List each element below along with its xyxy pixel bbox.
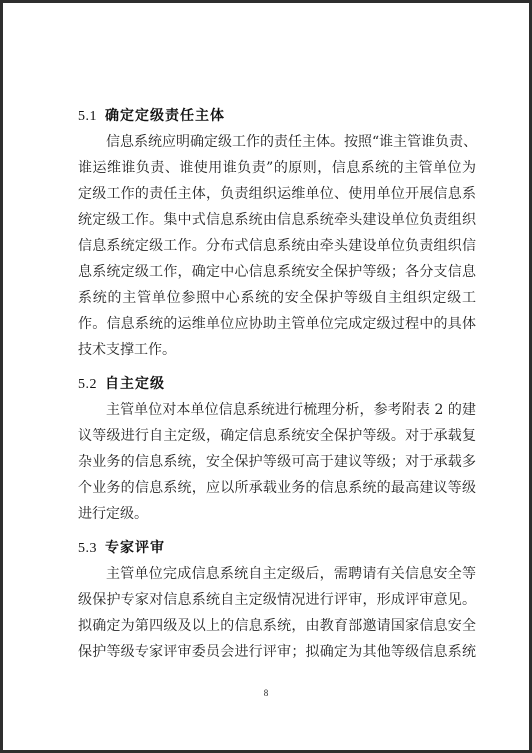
section-paragraph-5-1: 信息系统应明确定级工作的责任主体。按照“谁主管谁负责、 谁运维谁负责、谁使用谁负… — [78, 129, 476, 363]
section-title: 专家评审 — [105, 540, 165, 556]
section-gap — [78, 527, 476, 535]
paragraph-line: 作。信息系统的运维单位应协助主管单位完成定级过程中的具体 — [78, 311, 476, 337]
paragraph-line: 谁运维谁负责、谁使用谁负责”的原则，信息系统的主管单位为 — [78, 155, 476, 181]
paragraph-line: 主管单位对本单位信息系统进行梳理分析，参考附表 2 的建 — [78, 397, 476, 423]
page-content: 5.1确定定级责任主体 信息系统应明确定级工作的责任主体。按照“谁主管谁负责、 … — [78, 103, 476, 665]
paragraph-line: 系统的主管单位参照中心系统的安全保护等级自主组织定级工 — [78, 285, 476, 311]
section-gap — [78, 363, 476, 371]
paragraph-line: 拟确定为第四级及以上的信息系统，由教育部邀请国家信息安全 — [78, 613, 476, 639]
paragraph-line: 息系统定级工作，确定中心信息系统安全保护等级；各分支信息 — [78, 259, 476, 285]
paragraph-line: 保护等级专家评审委员会进行评审；拟确定为其他等级信息系统 — [78, 639, 476, 665]
paragraph-line: 杂业务的信息系统，安全保护等级可高于建议等级；对于承载多 — [78, 449, 476, 475]
section-number: 5.1 — [78, 109, 97, 124]
section-heading-5-3: 5.3专家评审 — [78, 535, 476, 561]
section-number: 5.3 — [78, 541, 97, 556]
paragraph-line: 个业务的信息系统，应以所承载业务的信息系统的最高建议等级 — [78, 475, 476, 501]
section-title: 自主定级 — [105, 376, 165, 392]
paragraph-line: 主管单位完成信息系统自主定级后，需聘请有关信息安全等 — [78, 561, 476, 587]
paragraph-line: 统定级工作。集中式信息系统由信息系统牵头建设单位负责组织 — [78, 207, 476, 233]
document-page: 5.1确定定级责任主体 信息系统应明确定级工作的责任主体。按照“谁主管谁负责、 … — [3, 3, 529, 750]
paragraph-line: 级保护专家对信息系统自主定级情况进行评审，形成评审意见。 — [78, 587, 476, 613]
paragraph-line: 技术支撑工作。 — [78, 337, 476, 363]
paragraph-line: 信息系统定级工作。分布式信息系统由牵头建设单位负责组织信 — [78, 233, 476, 259]
section-heading-5-2: 5.2自主定级 — [78, 371, 476, 397]
section-heading-5-1: 5.1确定定级责任主体 — [78, 103, 476, 129]
page-number: 8 — [3, 688, 529, 698]
paragraph-line: 定级工作的责任主体，负责组织运维单位、使用单位开展信息系 — [78, 181, 476, 207]
paragraph-line: 进行定级。 — [78, 501, 476, 527]
paragraph-line: 信息系统应明确定级工作的责任主体。按照“谁主管谁负责、 — [78, 129, 476, 155]
section-number: 5.2 — [78, 377, 97, 392]
section-paragraph-5-2: 主管单位对本单位信息系统进行梳理分析，参考附表 2 的建 议等级进行自主定级，确… — [78, 397, 476, 527]
section-paragraph-5-3: 主管单位完成信息系统自主定级后，需聘请有关信息安全等 级保护专家对信息系统自主定… — [78, 561, 476, 665]
section-title: 确定定级责任主体 — [105, 108, 225, 124]
paragraph-line: 议等级进行自主定级，确定信息系统安全保护等级。对于承载复 — [78, 423, 476, 449]
